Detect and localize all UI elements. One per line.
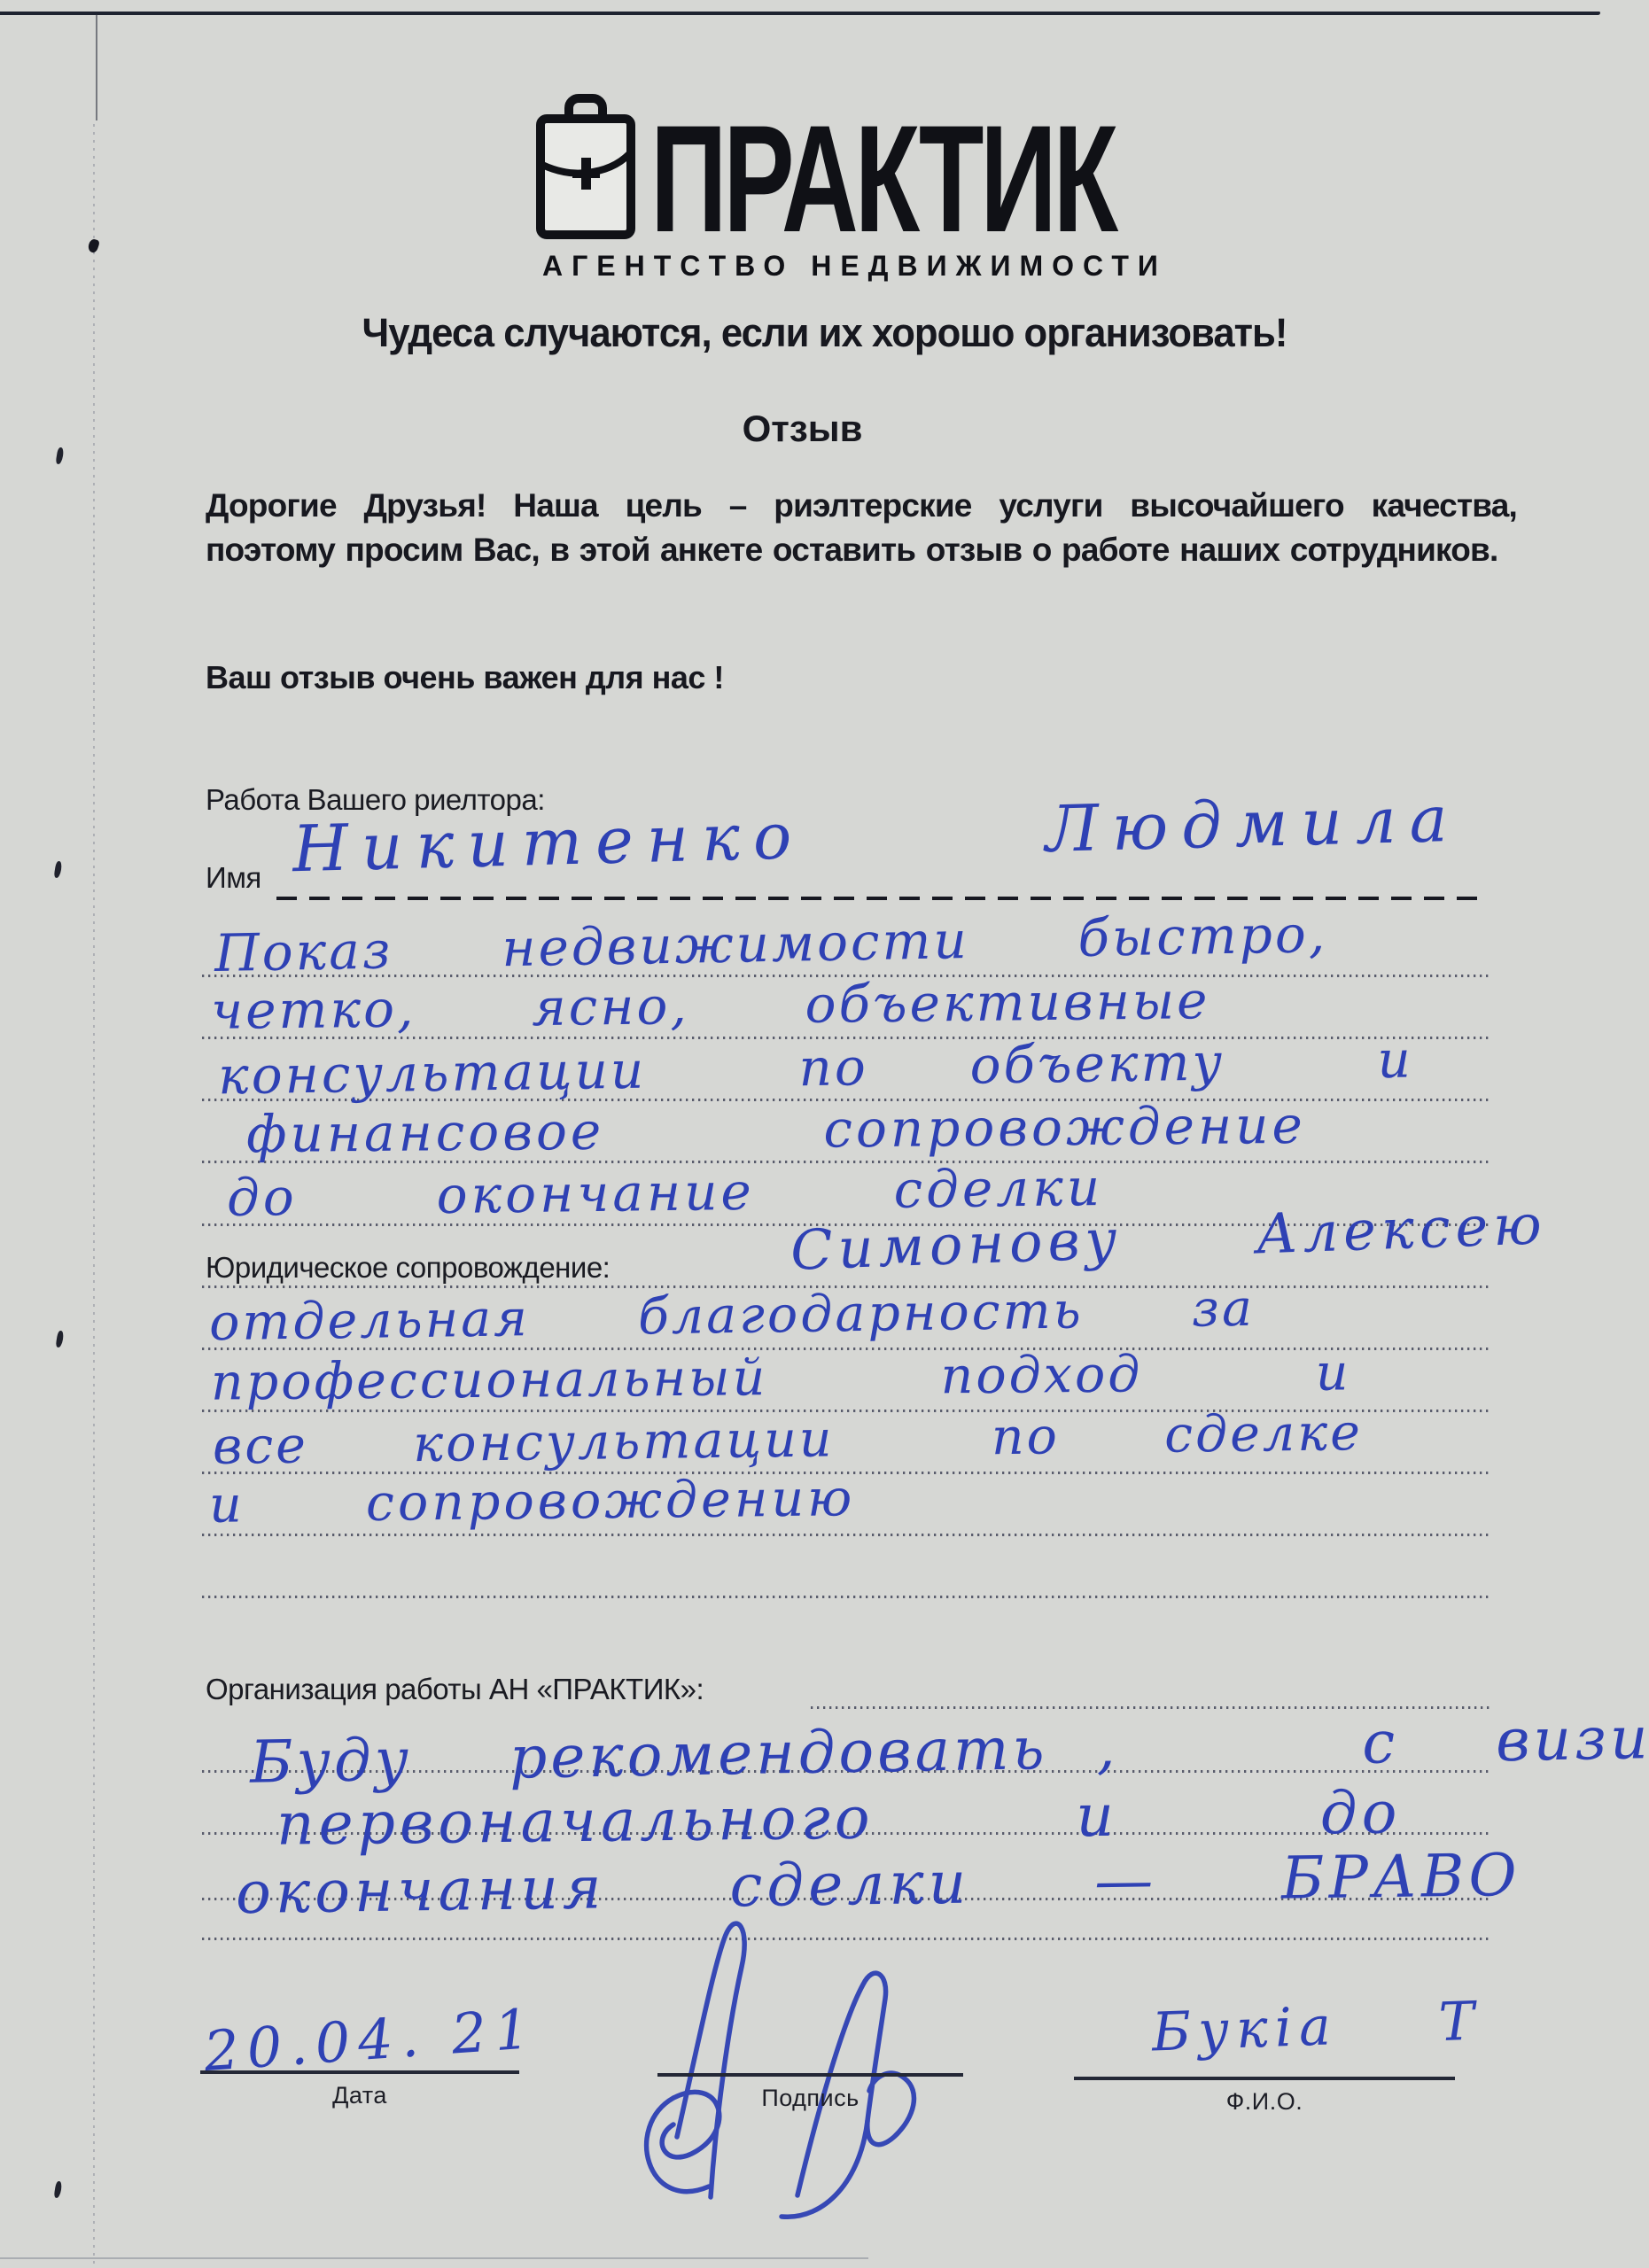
org-review-line: окончания сделки — БРАВО: [236, 1846, 1521, 1922]
date-line: [200, 2070, 519, 2074]
scan-ink-speck: [87, 238, 100, 254]
name-field-line: [276, 897, 1489, 900]
scan-top-line: [0, 12, 1600, 15]
date-handwriting: 20.04. 21: [202, 2001, 539, 2079]
scan-vertical-hairline: [96, 14, 97, 120]
intro-paragraph: Дорогие Друзья! Наша цель – риэлтерские …: [206, 484, 1517, 572]
ruled-line: [202, 1596, 1489, 1598]
scan-tick-mark: [54, 2181, 63, 2199]
legal-review-line: все консультации по сделке: [213, 1408, 1364, 1472]
headline: Чудеса случаются, если их хорошо организ…: [25, 310, 1624, 356]
brand-subtitle: АГЕНТСТВО НЕДВИЖИМОСТИ: [542, 250, 1167, 283]
legal-review-line: отдельная благодарность за: [209, 1284, 1256, 1348]
scan-bottom-line: [0, 2257, 868, 2259]
signature-scribble: [611, 1914, 992, 2228]
realtor-review-line: консультации по объекту и: [218, 1034, 1414, 1102]
scan-tick-mark: [54, 861, 63, 879]
org-section-label: Организация работы АН «ПРАКТИК»:: [206, 1673, 704, 1706]
legal-review-line: профессиональный подход и: [211, 1348, 1351, 1408]
ruled-line: [202, 1534, 1489, 1536]
name-field-label: Имя: [206, 861, 261, 895]
realtor-review-line: финансовое сопровождение: [246, 1099, 1306, 1160]
realtor-review-line: четко, ясно, объективные: [211, 975, 1210, 1037]
fio-handwriting: Букіа Т: [1151, 1995, 1482, 2060]
legal-review-line: и сопровождению: [209, 1473, 856, 1531]
realtor-review-line: Показ недвижимости быстро,: [214, 908, 1328, 979]
legal-section-label: Юридическое сопровождение:: [206, 1251, 610, 1285]
scan-tick-mark: [56, 1331, 65, 1348]
brand-name: ПРАКТИК: [650, 103, 1115, 255]
signature-label: Подпись: [657, 2085, 963, 2112]
briefcase-icon: [535, 92, 636, 241]
scanned-feedback-form: ПРАКТИК АГЕНТСТВО НЕДВИЖИМОСТИ Чудеса сл…: [0, 0, 1649, 2268]
signature-line: [657, 2073, 963, 2077]
org-review-line: Буду рекомендовать , с визита: [250, 1707, 1649, 1792]
fio-line: [1074, 2077, 1455, 2080]
fio-label: Ф.И.О.: [1074, 2088, 1455, 2116]
form-title: Отзыв: [0, 408, 1605, 450]
intro-note: Ваш отзыв очень важен для нас !: [206, 659, 724, 696]
date-label: Дата: [200, 2082, 519, 2109]
org-review-line: первоначального и до: [276, 1783, 1402, 1853]
